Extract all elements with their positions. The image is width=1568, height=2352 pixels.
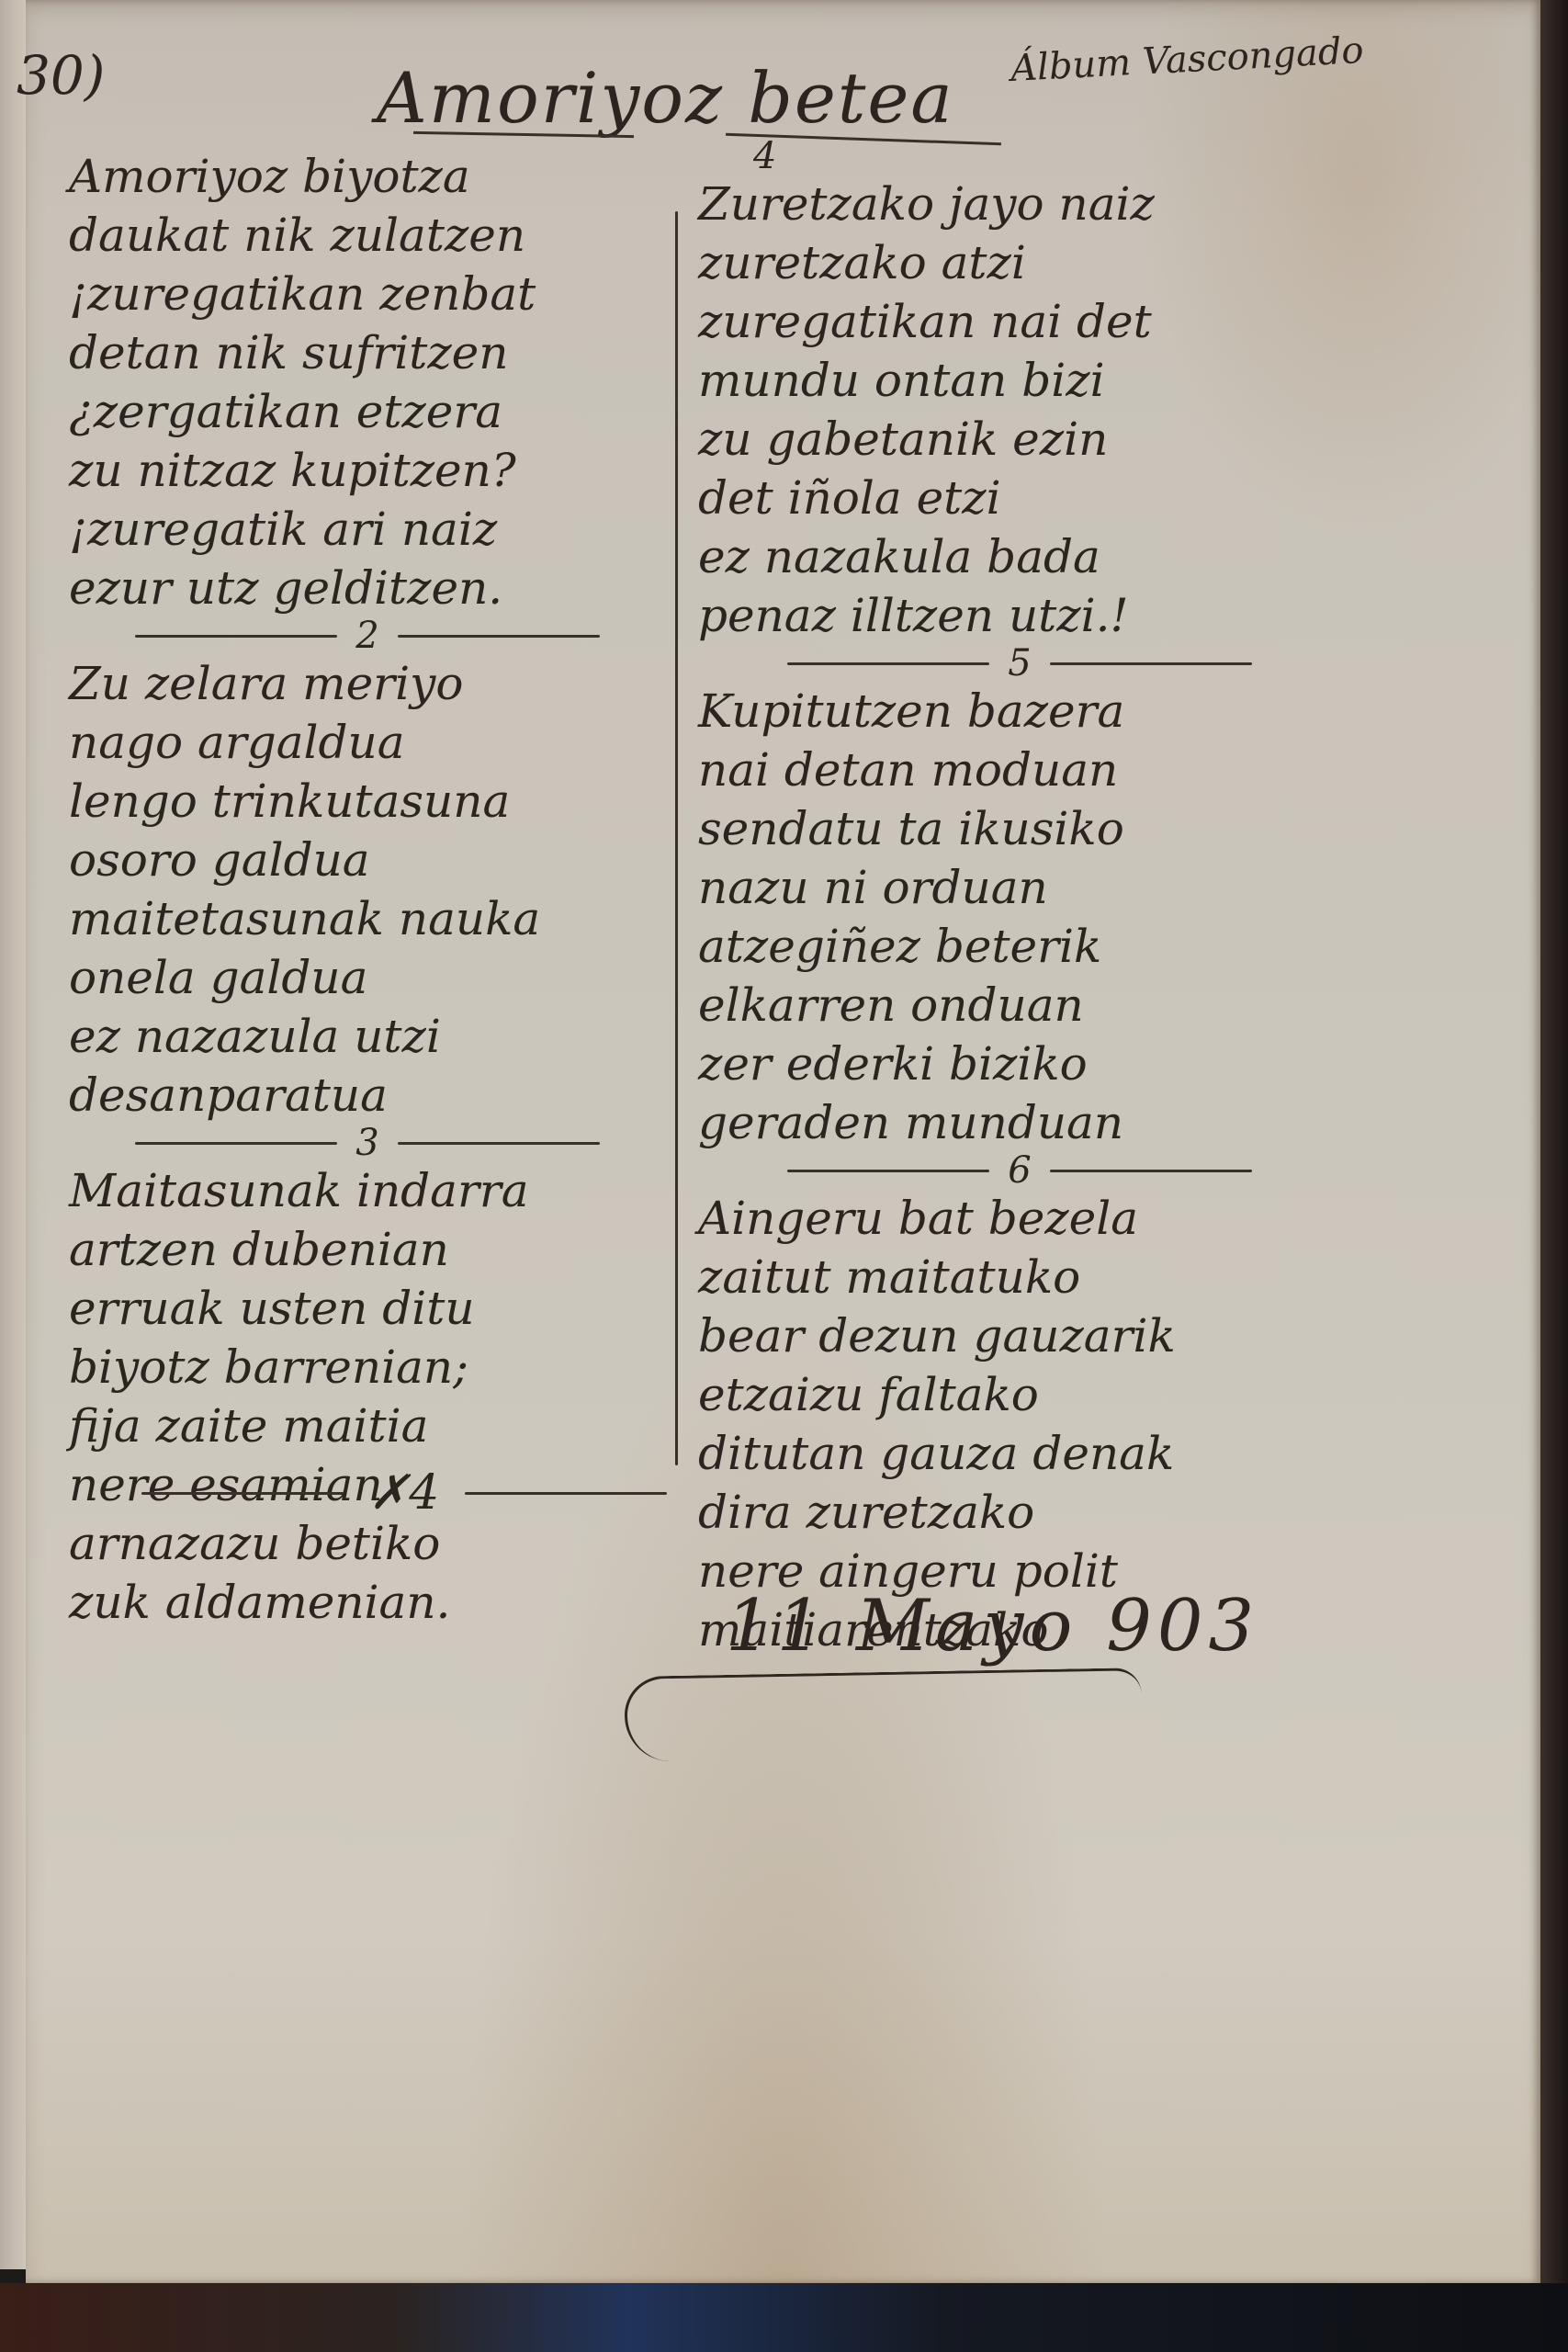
verse-line: zuregatikan nai det: [698, 292, 1341, 351]
verse-line: lengo trinkutasuna: [69, 772, 666, 831]
verse-line: elkarren onduan: [698, 976, 1341, 1035]
separator-rule: [398, 635, 600, 638]
stanza-1: Amoriyoz biyotza daukat nik zulatzen ¡zu…: [69, 147, 666, 617]
verse-line: Maitasunak indarra: [69, 1161, 666, 1220]
verse-line: ¡zuregatikan zenbat: [69, 265, 666, 323]
separator-rule: [787, 1170, 989, 1172]
separator-rule: [135, 1142, 337, 1145]
stanza-number: 4: [753, 138, 776, 175]
left-column: Amoriyoz biyotza daukat nik zulatzen ¡zu…: [69, 147, 666, 1632]
verse-line: zu nitzaz kupitzen?: [69, 441, 666, 500]
verse-line: osoro galdua: [69, 831, 666, 889]
separator-rule: [1050, 662, 1252, 665]
poem-title: Amoriyoz betea: [377, 57, 954, 139]
verse-line: ¡zuregatik ari naiz: [69, 500, 666, 559]
verse-line: maitetasunak nauka: [69, 889, 666, 948]
separator-rule: [787, 662, 989, 665]
verse-line: dira zuretzako: [698, 1483, 1341, 1542]
verse-line: Aingeru bat bezela: [698, 1189, 1341, 1248]
verse-line: nago argaldua: [69, 713, 666, 772]
verse-line: arnazazu betiko: [69, 1514, 666, 1573]
verse-line: zuretzako atzi: [698, 233, 1341, 292]
end-mark: ✗4: [129, 1465, 680, 1521]
verse-line: sendatu ta ikusiko: [698, 799, 1341, 858]
verse-line: ezur utz gelditzen.: [69, 559, 666, 617]
stanza-separator: 6: [698, 1152, 1341, 1189]
stanza-separator: 4: [698, 138, 1341, 175]
separator-rule: [398, 1142, 600, 1145]
verse-line: fija zaite maitia: [69, 1396, 666, 1455]
verse-line: ¿zergatikan etzera: [69, 382, 666, 441]
right-column: 4 Zuretzako jayo naiz zuretzako atzi zur…: [698, 147, 1341, 1659]
signature-flourish: [624, 1668, 1143, 1762]
verse-line: ditutan gauza denak: [698, 1424, 1341, 1483]
end-rule: [141, 1492, 344, 1495]
verse-line: Zu zelara meriyo: [69, 654, 666, 713]
stanza-number: 3: [355, 1125, 378, 1161]
column-divider: [675, 211, 678, 1465]
verse-line: etzaizu faltako: [698, 1365, 1341, 1424]
verse-line: erruak usten ditu: [69, 1279, 666, 1338]
verse-line: zer ederki biziko: [698, 1035, 1341, 1093]
verse-line: Zuretzako jayo naiz: [698, 175, 1341, 233]
end-glyph: ✗4: [369, 1465, 440, 1521]
separator-rule: [1050, 1170, 1252, 1172]
verse-line: det iñola etzi: [698, 469, 1341, 527]
stanza-2: Zu zelara meriyo nago argaldua lengo tri…: [69, 654, 666, 1125]
verse-line: biyotz barrenian;: [69, 1338, 666, 1396]
verse-line: daukat nik zulatzen: [69, 206, 666, 265]
date-signature: 11 Mayo 903: [726, 1585, 1259, 1668]
stanza-5: Kupitutzen bazera nai detan moduan senda…: [698, 682, 1341, 1152]
verse-line: detan nik sufritzen: [69, 323, 666, 382]
book-spine-edge: [1540, 0, 1568, 2352]
stanza-3: Maitasunak indarra artzen dubenian errua…: [69, 1161, 666, 1632]
verse-line: Amoriyoz biyotza: [69, 147, 666, 206]
end-rule: [465, 1492, 667, 1495]
table-background: [0, 2283, 1568, 2352]
verse-line: ez nazakula bada: [698, 527, 1341, 586]
stanza-separator: 3: [69, 1125, 666, 1161]
verse-line: bear dezun gauzarik: [698, 1306, 1341, 1365]
verse-line: zaitut maitatuko: [698, 1248, 1341, 1306]
verse-line: artzen dubenian: [69, 1220, 666, 1279]
verse-line: Kupitutzen bazera: [698, 682, 1341, 741]
verse-line: geraden munduan: [698, 1093, 1341, 1152]
verse-line: ez nazazula utzi: [69, 1007, 666, 1066]
page-number: 30): [17, 44, 105, 107]
verse-line: zuk aldamenian.: [69, 1573, 666, 1632]
verse-line: penaz illtzen utzi.!: [698, 586, 1341, 645]
verse-line: nazu ni orduan: [698, 858, 1341, 917]
verse-line: zu gabetanik ezin: [698, 410, 1341, 469]
stanza-number: 2: [355, 617, 378, 654]
stanza-number: 5: [1008, 645, 1031, 682]
stanza-number: 6: [1008, 1152, 1031, 1189]
verse-line: nai detan moduan: [698, 741, 1341, 799]
verse-line: desanparatua: [69, 1066, 666, 1125]
stanza-4: Zuretzako jayo naiz zuretzako atzi zureg…: [698, 175, 1341, 645]
verse-line: atzegiñez beterik: [698, 917, 1341, 976]
verse-line: onela galdua: [69, 948, 666, 1007]
stanza-separator: 2: [69, 617, 666, 654]
verse-line: mundu ontan bizi: [698, 351, 1341, 410]
separator-rule: [135, 635, 337, 638]
stanza-separator: 5: [698, 645, 1341, 682]
